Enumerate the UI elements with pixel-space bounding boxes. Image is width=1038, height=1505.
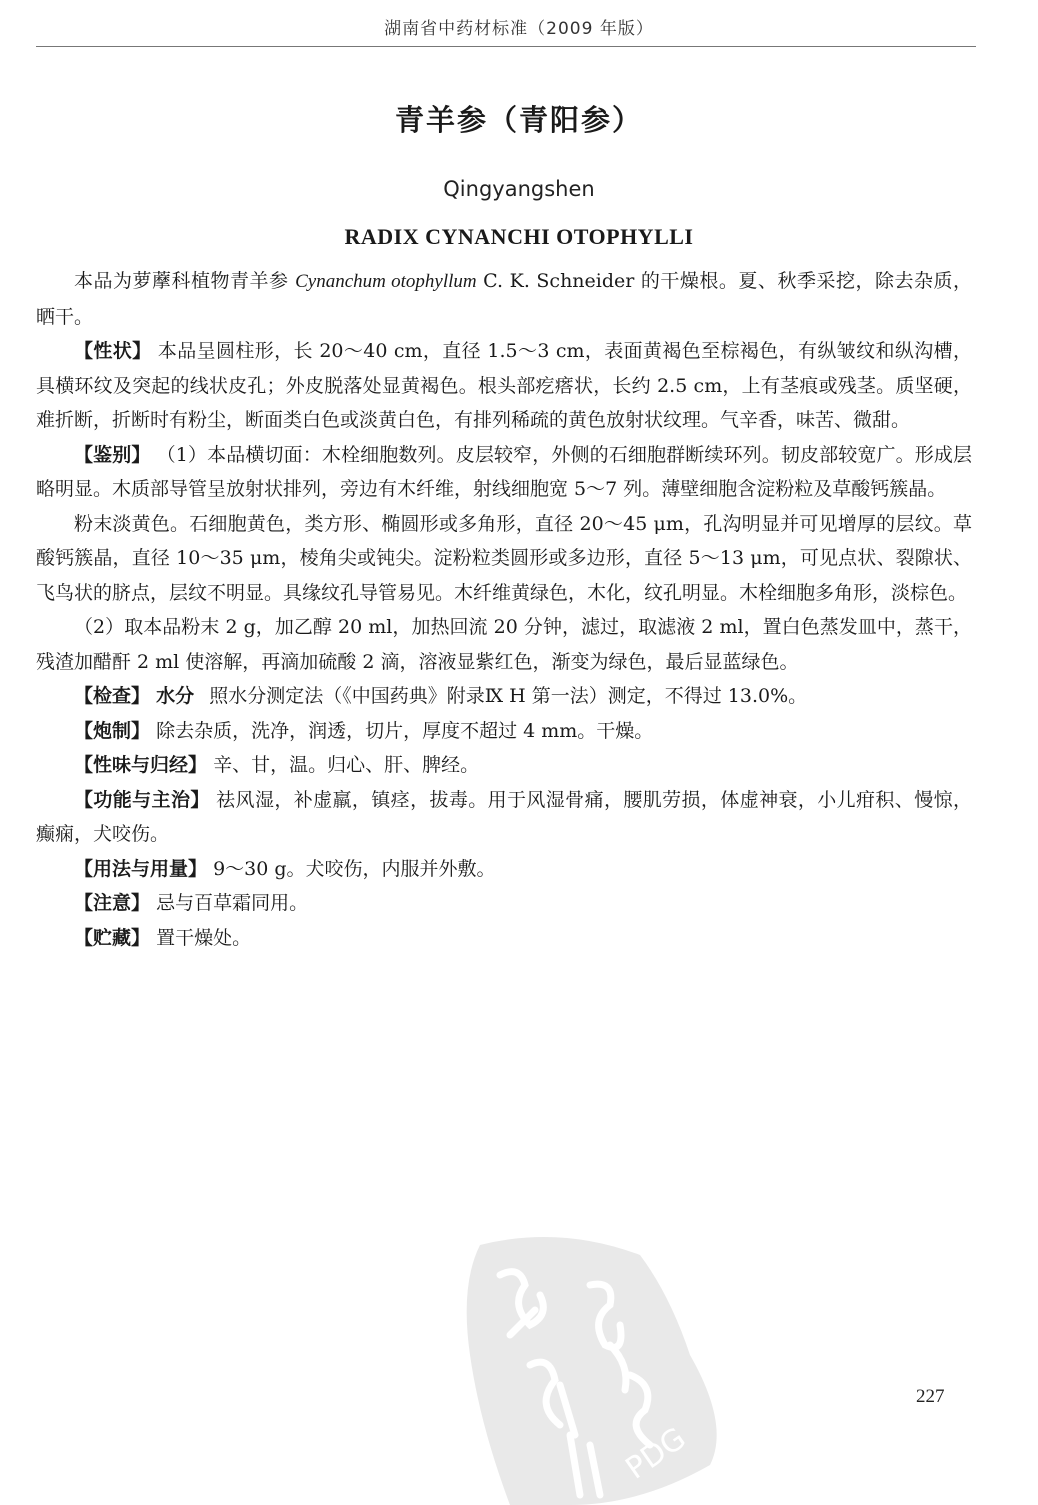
section-caution: 【注意】 忌与百草霜同用。 (36, 886, 972, 921)
section-nature-meridian: 【性味与归经】 辛、甘，温。归心、肝、脾经。 (36, 748, 972, 783)
running-header: 湖南省中药材标准（2009 年版） (0, 14, 1038, 39)
section-processing: 【炮制】 除去杂质，洗净，润透，切片，厚度不超过 4 mm。干燥。 (36, 714, 972, 749)
section-label: 【注意】 (74, 892, 150, 914)
seal-watermark-icon: PDG (440, 1205, 740, 1505)
entry-latin-name: RADIX CYNANCHI OTOPHYLLI (0, 224, 1038, 250)
species-name: Cynanchum otophyllum (295, 271, 477, 292)
section-description: 【性状】 本品呈圆柱形，长 20～40 cm，直径 1.5～3 cm，表面黄褐色… (36, 334, 972, 438)
inspection-sub-label: 水分 (156, 685, 194, 707)
section-label: 【性状】 (74, 340, 152, 362)
monograph-body: 本品为萝藦科植物青羊参 Cynanchum otophyllum C. K. S… (36, 264, 972, 955)
section-label: 【性味与归经】 (74, 754, 207, 776)
entry-title: 青羊参（青阳参） (0, 98, 1038, 139)
section-label: 【用法与用量】 (74, 858, 207, 880)
section-dosage: 【用法与用量】 9～30 g。犬咬伤，内服并外敷。 (36, 852, 972, 887)
section-label: 【功能与主治】 (74, 789, 210, 811)
section-label: 【鉴别】 (74, 444, 151, 466)
section-label: 【检查】 (74, 685, 150, 707)
section-label: 【贮藏】 (74, 927, 150, 949)
identification-item-2: （2）取本品粉末 2 g，加乙醇 20 ml，加热回流 20 分钟，滤过，取滤液… (36, 610, 972, 679)
header-rule (36, 46, 976, 47)
section-identification: 【鉴别】 （1）本品横切面：木栓细胞数列。皮层较窄，外侧的石细胞群断续环列。韧皮… (36, 438, 972, 507)
section-functions: 【功能与主治】 祛风湿，补虚羸，镇痉，拔毒。用于风湿骨痛，腰肌劳损，体虚神衰，小… (36, 783, 972, 852)
section-inspection: 【检查】 水分照水分测定法（《中国药典》附录Ⅸ H 第一法）测定，不得过 13.… (36, 679, 972, 714)
identification-powder: 粉末淡黄色。石细胞黄色，类方形、椭圆形或多角形，直径 20～45 μm，孔沟明显… (36, 507, 972, 611)
entry-pinyin: Qingyangshen (0, 177, 1038, 201)
section-label: 【炮制】 (74, 720, 150, 742)
section-storage: 【贮藏】 置干燥处。 (36, 921, 972, 956)
intro-paragraph: 本品为萝藦科植物青羊参 Cynanchum otophyllum C. K. S… (36, 264, 972, 334)
page-number: 227 (916, 1386, 945, 1408)
